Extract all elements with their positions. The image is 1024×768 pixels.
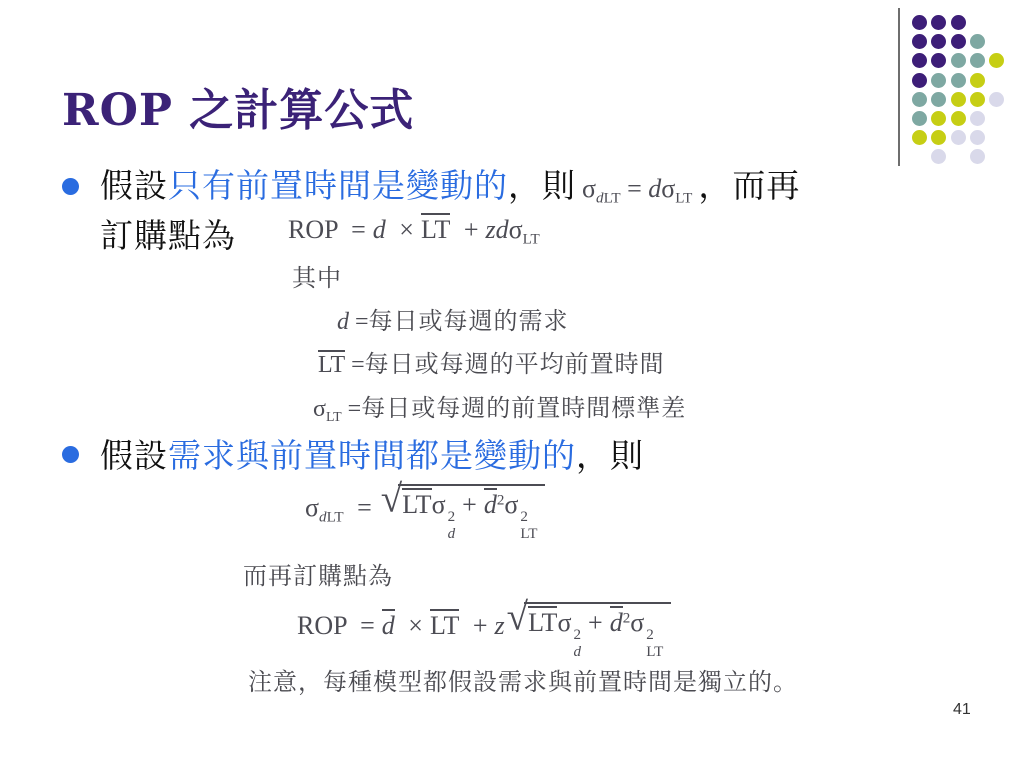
- rop-label: ROP: [297, 611, 347, 640]
- decor-dot: [970, 34, 985, 49]
- decor-dot: [931, 73, 946, 88]
- note-text: 注意，每種模型都假設需求與前置時間是獨立的。: [248, 662, 798, 697]
- sigma-symbol: σ: [557, 608, 571, 637]
- times-sign: ×: [399, 215, 414, 244]
- decor-dot: [951, 73, 966, 88]
- sigma-symbol: σ: [661, 174, 675, 203]
- bullet1-mid: ，則: [508, 160, 576, 207]
- rop-label: ROP: [288, 215, 338, 244]
- var-lt-bar: LT: [318, 352, 345, 380]
- radicand: LTσ2d+d2σ2LT: [398, 484, 545, 542]
- var-d-bar: d: [484, 490, 497, 520]
- sup-sub-stack: 2LT: [646, 628, 663, 660]
- sub-lt: LT: [604, 190, 621, 206]
- reorder-point-label: 而再訂購點為: [243, 556, 393, 591]
- sigma-symbol: σ: [582, 174, 596, 203]
- decor-dot: [931, 130, 946, 145]
- def-d-var: d =: [337, 309, 369, 335]
- decor-dot: [931, 15, 946, 30]
- var-d: d: [610, 608, 623, 637]
- definition-sigma-lt: σLT =每日或每週的前置時間標準差: [313, 388, 686, 426]
- var-d: d: [373, 215, 386, 244]
- bullet1-highlight: 只有前置時間是變動的: [168, 160, 508, 207]
- decor-dot: [970, 130, 985, 145]
- var-d-bar: d: [610, 608, 623, 638]
- square-root: √LTσ2d+d2σ2LT: [507, 602, 672, 660]
- slide: ROP 之計算公式 假設只有前置時間是變動的，則σdLT = dσLT，而再 訂…: [0, 0, 1024, 768]
- decor-dot: [951, 92, 966, 107]
- sigma-symbol: σ: [504, 490, 518, 519]
- definition-lt: LT =每日或每週的平均前置時間: [318, 344, 665, 380]
- def-sigma-text: 每日或每週的前置時間標準差: [361, 394, 686, 422]
- sub-lt: LT: [646, 645, 663, 660]
- radicand: LTσ2d+d2σ2LT: [524, 602, 671, 660]
- decor-dot: [912, 111, 927, 126]
- bullet1-line2: 訂購點為: [100, 210, 236, 257]
- bullet1-tail: ，而再: [698, 160, 800, 207]
- sub-d: d: [573, 645, 581, 660]
- decor-dot: [970, 111, 985, 126]
- square-root: √LTσ2d+d2σ2LT: [381, 484, 546, 542]
- bullet1-line1: 假設只有前置時間是變動的，則σdLT = dσLT，而再: [100, 160, 800, 207]
- decor-dot: [912, 53, 927, 68]
- plus-sign: +: [588, 608, 603, 637]
- decor-dot: [931, 53, 946, 68]
- var-z: z: [495, 611, 505, 640]
- where-label: 其中: [292, 258, 342, 293]
- var-lt-bar: LT: [421, 215, 450, 245]
- bullet2-lead: 假設: [100, 430, 168, 477]
- sup-2: 2: [520, 510, 528, 525]
- sub-lt: LT: [523, 231, 540, 247]
- var-d: d: [484, 490, 497, 519]
- formula-rop-basic: ROP =d ×LT +zdσLT: [288, 215, 540, 248]
- decor-dot: [912, 92, 927, 107]
- var-d: d: [337, 309, 349, 335]
- bullet-marker: [62, 446, 79, 463]
- plus-sign: +: [462, 490, 477, 519]
- sigma-symbol: σ: [630, 608, 644, 637]
- radical-symbol: √: [507, 597, 528, 636]
- var-lt-bar: LT: [430, 611, 459, 641]
- times-sign: ×: [408, 611, 423, 640]
- equals-sign: =: [357, 493, 372, 522]
- sup-2: 2: [448, 510, 456, 525]
- dot-pattern: [912, 15, 1022, 175]
- equals-sign: =: [355, 309, 369, 335]
- plus-sign: +: [464, 215, 479, 244]
- page-title: ROP 之計算公式: [62, 74, 414, 138]
- bullet2-highlight: 需求與前置時間都是變動的: [168, 430, 576, 477]
- bullet2-tail: ，則: [576, 430, 644, 477]
- decor-dot: [912, 130, 927, 145]
- decor-dot: [931, 92, 946, 107]
- sup-2: 2: [573, 628, 581, 643]
- sup-sub-stack: 2d: [448, 510, 456, 542]
- decor-dot: [989, 92, 1004, 107]
- sub-d: d: [596, 190, 604, 206]
- bullet2-line: 假設需求與前置時間都是變動的，則: [100, 430, 644, 477]
- decor-dot: [970, 92, 985, 107]
- sub-d: d: [319, 509, 327, 525]
- var-d-bar: d: [382, 611, 395, 641]
- sup-sub-stack: 2LT: [520, 510, 537, 542]
- bullet1-lead: 假設: [100, 160, 168, 207]
- plus-sign: +: [473, 611, 488, 640]
- sigma-symbol: σ: [509, 215, 523, 244]
- decor-dot: [970, 149, 985, 164]
- sub-lt: LT: [675, 190, 692, 206]
- var-lt-bar: LT: [402, 490, 431, 520]
- equals-sign: =: [360, 611, 375, 640]
- bullet1-line2-text: 訂購點為: [100, 210, 236, 257]
- sigma-subscript: dLT: [596, 190, 621, 206]
- equals-sign: =: [627, 174, 642, 203]
- equals-sign: =: [351, 352, 365, 378]
- equals-sign: =: [348, 396, 362, 422]
- sub-lt: LT: [326, 410, 342, 425]
- var-lt-bar: LT: [528, 608, 557, 638]
- formula-sigma-dlt: σdLT =√LTσ2d+d2σ2LT: [305, 484, 545, 542]
- sub-d: d: [448, 527, 456, 542]
- sigma-symbol: σ: [432, 490, 446, 519]
- sub-lt: LT: [520, 527, 537, 542]
- decor-dot: [951, 111, 966, 126]
- def-sigma-var: σLT =: [313, 396, 361, 422]
- sup-sub-stack: 2d: [573, 628, 581, 660]
- decor-dot: [970, 53, 985, 68]
- decor-dot: [912, 15, 927, 30]
- decor-dot: [970, 73, 985, 88]
- inline-sigma-formula: σdLT = dσLT: [582, 174, 692, 207]
- var-zd: zd: [486, 215, 509, 244]
- def-d-text: 每日或每週的需求: [369, 307, 569, 335]
- radical-symbol: √: [381, 479, 402, 518]
- decor-dot: [951, 34, 966, 49]
- coef-d: d: [648, 174, 661, 203]
- equals-sign: =: [351, 215, 366, 244]
- decor-dot: [912, 73, 927, 88]
- page-number: 41: [953, 701, 971, 719]
- definition-d: d =每日或每週的需求: [337, 301, 569, 336]
- bullet-marker: [62, 178, 79, 195]
- decor-dot: [951, 53, 966, 68]
- def-lt-var: LT =: [318, 352, 365, 378]
- formula-rop-full: ROP =d ×LT +z√LTσ2d+d2σ2LT: [297, 602, 671, 660]
- decor-dot: [951, 130, 966, 145]
- sigma-symbol: σ: [305, 493, 319, 522]
- sigma-symbol: σ: [313, 396, 326, 422]
- sup-2: 2: [646, 628, 654, 643]
- decor-dot: [951, 15, 966, 30]
- decor-dot: [931, 34, 946, 49]
- def-lt-text: 每日或每週的平均前置時間: [365, 350, 665, 378]
- sigma-subscript: dLT: [319, 509, 344, 525]
- var-d: d: [382, 611, 395, 640]
- decor-vertical-line: [898, 8, 900, 166]
- decor-dot: [931, 111, 946, 126]
- sub-lt: LT: [327, 509, 344, 525]
- decor-dot: [912, 34, 927, 49]
- decor-dot: [931, 149, 946, 164]
- decor-dot: [989, 53, 1004, 68]
